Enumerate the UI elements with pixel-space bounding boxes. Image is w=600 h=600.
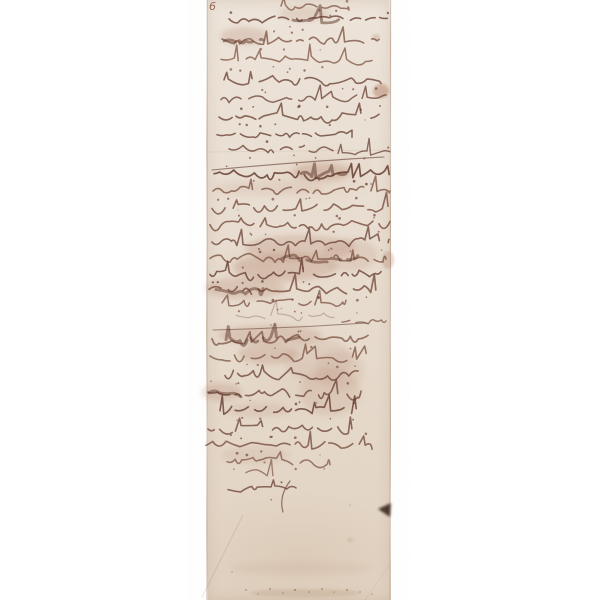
manuscript-paper (206, 0, 391, 600)
manuscript-scan: 6 (0, 0, 600, 600)
folio-number: 6 (209, 0, 216, 13)
